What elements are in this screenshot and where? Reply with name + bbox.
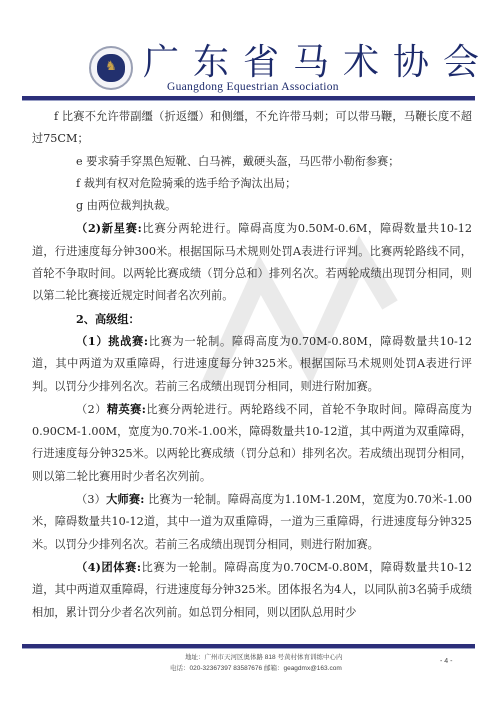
org-name-en: Guangdong Equestrian Association (167, 81, 339, 93)
master-prefix: （3） (76, 493, 106, 506)
paragraph-e-attire: e 要求骑手穿黑色短靴、白马裤，戴硬头盔，马匹带小勒衔参赛； (54, 151, 472, 173)
footer-divider (22, 644, 475, 649)
footer-address: 地址：广州市天河区奥体路 818 号黄村体育训练中心内 (185, 652, 342, 661)
paragraph-challenge: （1）挑战赛:比赛为一轮制。障碍高度为0.70M-0.80M，障碍数量共10-1… (32, 330, 472, 398)
document-body: f 比赛不允许带副缰（折返缰）和侧缰，不允许带马刺；可以带马鞭，马鞭长度不超过7… (54, 106, 472, 624)
paragraph-f-elimination: f 裁判有权对危险骑乘的选手给予淘汰出局； (54, 173, 472, 195)
team-label: （4)团体赛: (76, 560, 141, 574)
paragraph-newstar: （2)新星赛:比赛分两轮进行。障碍高度为0.50M-0.6M，障碍数量共10-1… (32, 217, 472, 307)
association-logo: ♞ (89, 46, 133, 90)
elite-prefix: （2） (76, 403, 107, 416)
challenge-label: （1）挑战赛: (76, 334, 148, 348)
horse-icon: ♞ (104, 60, 118, 74)
paragraph-master: （3）大师赛: 比赛为一轮制。障碍高度为1.10M-1.20M，宽度为0.70米… (32, 488, 472, 556)
paragraph-elite: （2）精英赛:比赛分两轮进行。两轮路线不同，首轮不争取时间。障碍高度为0.90C… (32, 398, 472, 488)
paragraph-team: （4)团体赛:比赛为一轮制。障碍高度为0.70CM-0.80M，障碍数量共10-… (32, 556, 472, 624)
letterhead: ♞ 广东省马术协会 Guangdong Equestrian Associati… (0, 0, 500, 100)
section-2-heading: 2、高级组： (54, 308, 472, 330)
header-divider (22, 96, 475, 101)
paragraph-g-judges: g 由两位裁判执裁。 (54, 195, 472, 217)
master-label: 大师赛: (106, 492, 144, 506)
org-name-cn: 广东省马术协会 (143, 42, 493, 84)
footer-contact: 电话：020-32367397 83587676 邮箱：geagdmx@163.… (170, 663, 342, 672)
page-number: - 4 - (440, 658, 452, 665)
newstar-label: （2)新星赛: (76, 221, 142, 235)
paragraph-f-bridle: f 比赛不允许带副缰（折返缰）和侧缰，不允许带马刺；可以带马鞭，马鞭长度不超过7… (32, 106, 472, 151)
elite-label: 精英赛: (107, 402, 146, 416)
